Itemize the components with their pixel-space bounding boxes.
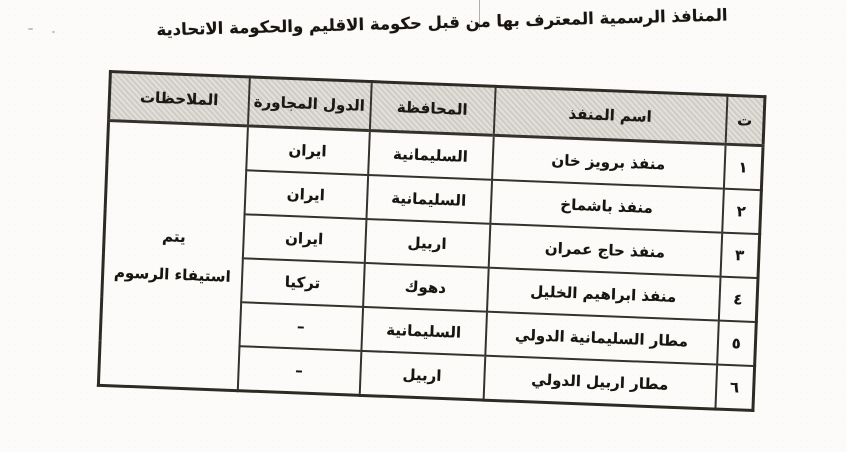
notes-merged-cell: يتم استيفاء الرسوم bbox=[98, 121, 247, 391]
governorate: اربيل bbox=[364, 219, 490, 268]
row-index: ٥ bbox=[717, 321, 757, 366]
col-header-notes: الملاحظات bbox=[109, 72, 250, 126]
neighboring-country: – bbox=[237, 346, 361, 395]
scan-artifact-speck bbox=[28, 28, 33, 30]
scanned-document-page: المنافذ الرسمية المعترف بها من قبل حكومة… bbox=[0, 0, 847, 452]
governorate: السليمانية bbox=[361, 307, 487, 356]
neighboring-country: ايران bbox=[244, 170, 368, 219]
notes-line-2: استيفاء الرسوم bbox=[114, 263, 231, 285]
scan-artifact-speck bbox=[52, 31, 55, 33]
col-header-neighboring-countries: الدول المجاورة bbox=[247, 77, 371, 131]
neighboring-country: – bbox=[239, 302, 363, 351]
governorate: السليمانية bbox=[368, 131, 494, 180]
ports-table: ت اسم المنفذ المحافظة الدول المجاورة الم… bbox=[97, 70, 767, 412]
row-index: ١ bbox=[723, 144, 763, 190]
notes-text: يتم استيفاء الرسوم bbox=[108, 225, 239, 286]
governorate: دهوك bbox=[363, 263, 489, 312]
page-title: المنافذ الرسمية المعترف بها من قبل حكومة… bbox=[156, 6, 728, 40]
col-header-port-name: اسم المنفذ bbox=[493, 86, 727, 144]
row-index: ٤ bbox=[718, 277, 758, 322]
row-index: ٣ bbox=[720, 233, 760, 278]
neighboring-country: تركيا bbox=[241, 258, 365, 307]
neighboring-country: ايران bbox=[242, 214, 366, 263]
ports-table-container: ت اسم المنفذ المحافظة الدول المجاورة الم… bbox=[97, 70, 767, 412]
row-index: ٦ bbox=[715, 365, 755, 411]
port-name: مطار اربيل الدولي bbox=[483, 356, 717, 409]
notes-line-1: يتم bbox=[162, 227, 186, 246]
col-header-index: ت bbox=[725, 95, 765, 145]
governorate: السليمانية bbox=[366, 175, 492, 224]
row-index: ٢ bbox=[722, 189, 762, 234]
col-header-governorate: المحافظة bbox=[369, 82, 495, 136]
neighboring-country: ايران bbox=[246, 126, 370, 175]
governorate: اربيل bbox=[359, 351, 485, 400]
